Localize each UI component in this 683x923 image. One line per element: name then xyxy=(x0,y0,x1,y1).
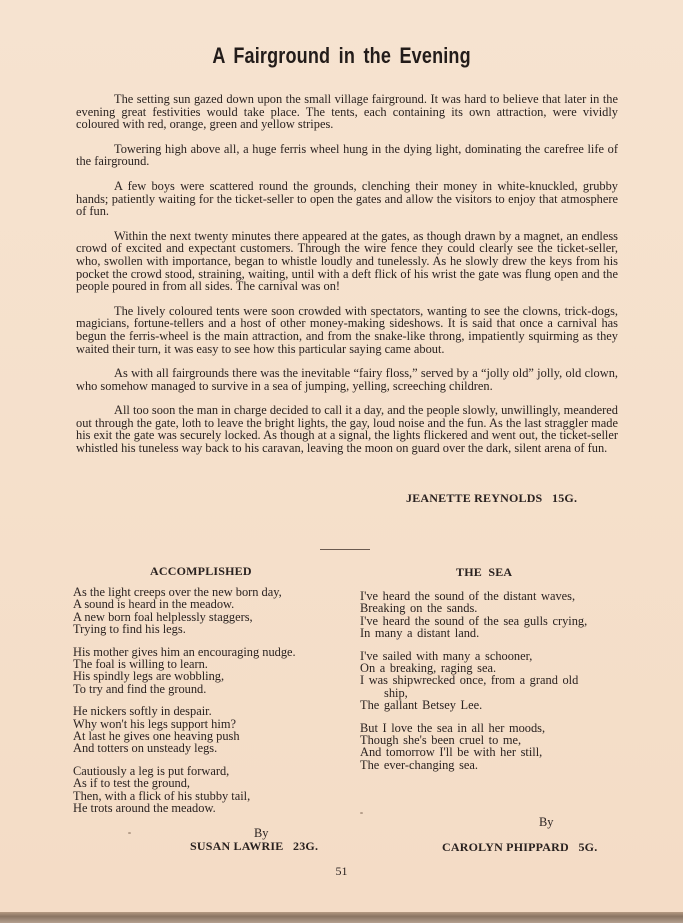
poem-title-the-sea: THE SEA xyxy=(456,565,512,580)
story-paragraph: The setting sun gazed down upon the smal… xyxy=(76,93,618,131)
poem-line: A sound is heard in the meadow. xyxy=(73,598,343,610)
poem-stanza: As the light creeps over the new born da… xyxy=(73,586,343,636)
paper-speck xyxy=(360,812,363,814)
poem-stanza: His mother gives him an encouraging nudg… xyxy=(73,646,343,696)
story-paragraph: All too soon the man in charge decided t… xyxy=(76,404,618,454)
story-paragraph: The lively coloured tents were soon crow… xyxy=(76,305,618,355)
poem-line: And totters on unsteady legs. xyxy=(73,742,343,754)
page-number: 51 xyxy=(0,864,683,879)
poem-byline-label: By xyxy=(539,815,553,830)
poem-line: As if to test the ground, xyxy=(73,777,343,789)
story-paragraph: Towering high above all, a huge ferris w… xyxy=(76,143,618,168)
poem-stanza: He nickers softly in despair. Why won't … xyxy=(73,705,343,755)
poem-stanza: I've heard the sound of the distant wave… xyxy=(360,590,620,640)
poem-line: Breaking on the sands. xyxy=(360,602,620,614)
story-paragraph: Within the next twenty minutes there app… xyxy=(76,230,618,293)
page-bottom-edge xyxy=(0,912,683,923)
poem-stanza: Cautiously a leg is put forward, As if t… xyxy=(73,765,343,815)
poem-author: CAROLYN PHIPPARD 5G. xyxy=(442,840,597,855)
poem-stanza: But I love the sea in all her moods, Tho… xyxy=(360,722,620,772)
poem-accomplished: As the light creeps over the new born da… xyxy=(73,586,343,825)
poem-line: And tomorrow I'll be with her still, xyxy=(360,746,620,758)
poem-line: To try and find the ground. xyxy=(73,683,343,695)
story-paragraph: As with all fairgrounds there was the in… xyxy=(76,367,618,392)
poem-line: In many a distant land. xyxy=(360,627,620,639)
story-body: The setting sun gazed down upon the smal… xyxy=(76,93,618,467)
poem-line: His spindly legs are wobbling, xyxy=(73,670,343,682)
poem-line: The gallant Betsey Lee. xyxy=(360,699,620,711)
poem-line: He nickers softly in despair. xyxy=(73,705,343,717)
page-title: A Fairground in the Evening xyxy=(62,43,622,69)
poem-line: He trots around the meadow. xyxy=(73,802,343,814)
poem-author: SUSAN LAWRIE 23G. xyxy=(190,839,318,854)
poem-the-sea: I've heard the sound of the distant wave… xyxy=(360,590,620,781)
poem-line: The ever-changing sea. xyxy=(360,759,620,771)
poem-stanza: I've sailed with many a schooner, On a b… xyxy=(360,650,620,712)
story-author: JEANETTE REYNOLDS 15G. xyxy=(406,491,577,506)
section-divider xyxy=(320,549,370,550)
poem-title-accomplished: ACCOMPLISHED xyxy=(150,564,252,579)
story-paragraph: A few boys were scattered round the grou… xyxy=(76,180,618,218)
paper-speck xyxy=(128,832,131,834)
poem-line: Trying to find his legs. xyxy=(73,623,343,635)
poem-line: I was shipwrecked once, from a grand old xyxy=(360,674,620,686)
